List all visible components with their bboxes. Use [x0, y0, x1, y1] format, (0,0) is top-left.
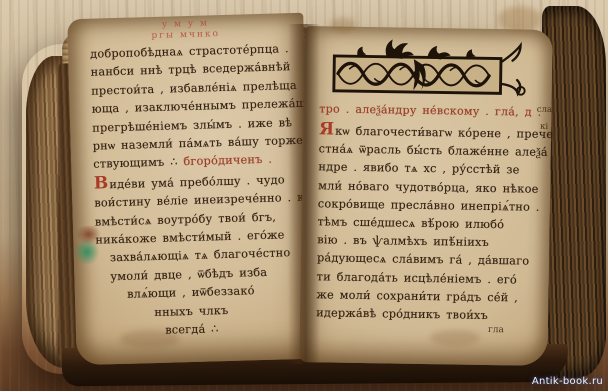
initial-letter: Я	[319, 119, 336, 139]
photo-of-old-book: у м у м ргы мчнко добропобѣднаѧ страстот…	[0, 0, 608, 391]
catchword: гла	[488, 325, 504, 335]
left-page-text-block: добропобѣднаѧ страстоте́рпца . нанбси нн…	[90, 40, 300, 342]
rubric-inline: бгоро́диченъ .	[183, 153, 272, 168]
paint-smudge	[74, 226, 102, 264]
text-line: идержа́вѣ сро́дникъ твои́хъ	[316, 304, 532, 326]
stain	[430, 330, 480, 346]
initial-letter: В	[94, 173, 110, 193]
stain	[120, 330, 180, 348]
woodcut-headpiece-ornament	[330, 36, 537, 101]
right-page-text-block: Якѡ благочести́вагѡ ко́рене , прече стна…	[316, 120, 535, 326]
watermark-text: Antik-book.ru	[532, 376, 603, 387]
margin-note: сла	[536, 102, 552, 119]
right-page: тро . алеѯа́ндру не́вскому . гла́, д . с…	[299, 26, 552, 366]
left-page: у м у м ргы мчнко добропобѣднаѧ страстот…	[67, 13, 313, 365]
text-line-black: кѡ благочести́вагѡ ко́рене , прече	[335, 125, 553, 141]
running-title: у м у м ргы мчнко	[97, 17, 274, 44]
stain	[498, 6, 542, 32]
text-line-black: иде́ви ума́ пребо́лшу . чудо	[109, 173, 285, 191]
gutter-shadow	[288, 24, 320, 364]
chapter-heading-rubric: тро . алеѯа́ндру не́вскому . гла́, д .	[319, 102, 531, 118]
stain	[330, 18, 356, 32]
text-line-black: ствующимъ ∴	[93, 156, 178, 171]
